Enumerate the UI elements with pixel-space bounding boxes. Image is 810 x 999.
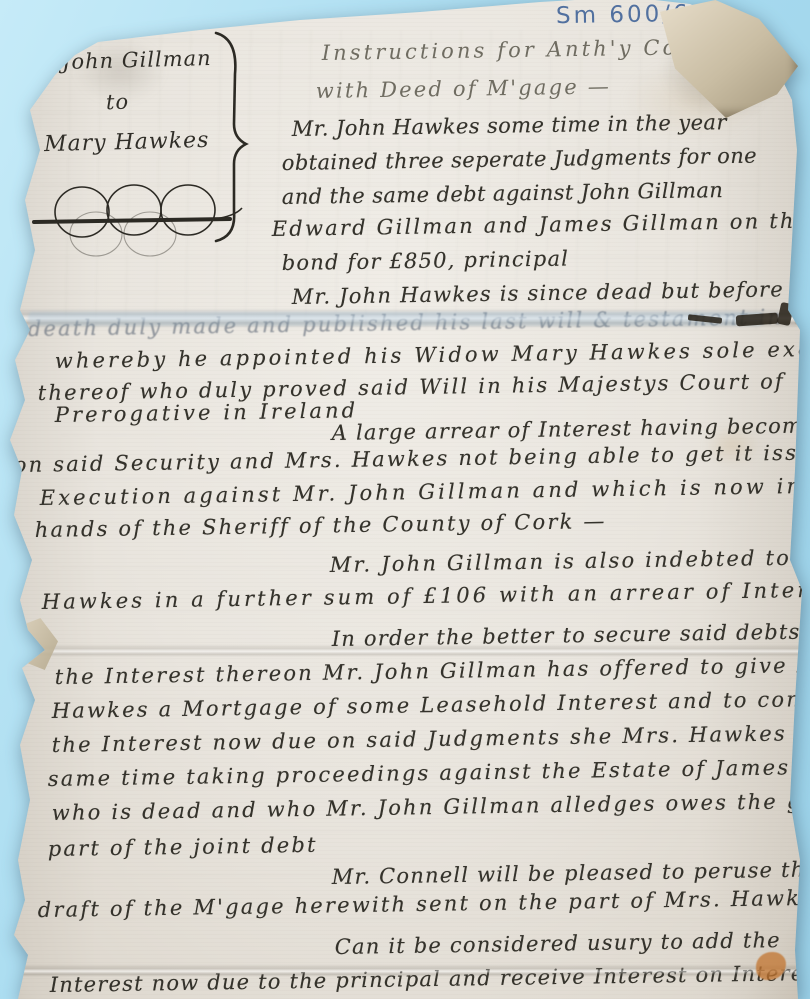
margin-connector: to (106, 90, 130, 115)
margin-party-to: Mary Hawkes (44, 128, 210, 157)
manuscript-line: Prerogative in Ireland (55, 397, 359, 428)
repair-tape (28, 312, 763, 326)
manuscript-sheet: Sm 600/6 John Gillman to Mary Hawkes Ins… (0, 0, 810, 999)
heading-line: with Deed of M'gage — (316, 73, 612, 104)
manuscript-line: part of the joint debt (48, 832, 318, 862)
margin-party-from: John Gillman (62, 46, 212, 74)
manuscript-line: bond for £850, principal (282, 245, 570, 276)
manuscript-sheet-wrapper: Sm 600/6 John Gillman to Mary Hawkes Ins… (0, 0, 810, 999)
ink-flourish (30, 182, 250, 260)
